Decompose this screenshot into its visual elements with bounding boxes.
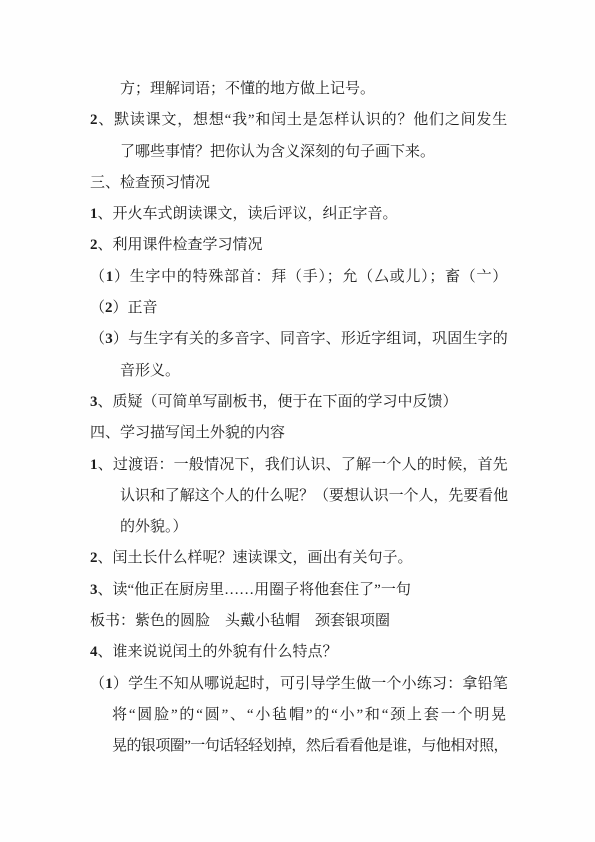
text-line-content: 方；理解词语；不懂的地方做上记号。 [120, 74, 375, 105]
text-line-content: 板书：紫色的圆脸 头戴小毡帽 颈套银项圈 [90, 606, 390, 637]
list-number: 4 [90, 644, 98, 660]
line-text: 、谁来说说闰土的外貌有什么特点？ [98, 644, 338, 660]
text-line: 1、过渡语：一般情况下，我们认识、了解一个人的时候，首先 [90, 450, 508, 481]
text-line: 3、读“他正在厨房里……用圈子将他套住了”一句 [90, 575, 508, 606]
list-number: 2 [90, 550, 98, 566]
list-number: 1 [105, 676, 113, 692]
list-number: 2 [90, 237, 98, 253]
list-number-paren: （ [90, 300, 105, 316]
text-line: 2、利用课件检查学习情况 [90, 230, 508, 261]
text-line-content: 认识和了解这个人的什么呢？（要想认识一个人，先要看他 [120, 481, 508, 512]
text-line-content: 1、过渡语：一般情况下，我们认识、了解一个人的时候，首先 [90, 450, 508, 481]
text-line: 将“圆脸”的“圆”、“小毡帽”的“小”和“颈上套一个明晃 [90, 700, 508, 731]
line-text: 、质疑（可简单写副板书，便于在下面的学习中反馈） [98, 394, 458, 410]
text-line: （1）学生不知从哪说起时，可引导学生做一个小练习：拿铅笔 [90, 669, 508, 700]
text-line: 3、质疑（可简单写副板书，便于在下面的学习中反馈） [90, 387, 508, 418]
line-text: ）与生字有关的多音字、同音字、形近字组词，巩固生字的 [113, 331, 508, 347]
text-line: （2）正音 [90, 293, 508, 324]
document-body: 方；理解词语；不懂的地方做上记号。2、默读课文，想想“我”和闰土是怎样认识的？他… [90, 74, 508, 763]
text-line-content: 三、检查预习情况 [90, 168, 210, 199]
text-line-content: 的外貌。） [120, 512, 188, 543]
text-line: （3）与生字有关的多音字、同音字、形近字组词，巩固生字的 [90, 324, 508, 355]
text-line: 音形义。 [90, 356, 508, 387]
line-text: ）正音 [113, 300, 158, 316]
text-line-content: 3、质疑（可简单写副板书，便于在下面的学习中反馈） [90, 387, 458, 418]
text-line-content: 4、谁来说说闰土的外貌有什么特点？ [90, 637, 338, 668]
text-line: 1、开火车式朗读课文，读后评议，纠正字音。 [90, 199, 508, 230]
list-number: 3 [90, 582, 98, 598]
text-line: 2、默读课文，想想“我”和闰土是怎样认识的？他们之间发生 [90, 105, 508, 136]
text-line: 方；理解词语；不懂的地方做上记号。 [90, 74, 508, 105]
text-line-content: （1）生字中的特殊部首：拜（手）；允（厶或儿）；畜（亠） [90, 262, 508, 293]
text-line-content: 音形义。 [120, 356, 180, 387]
list-number: 1 [106, 269, 114, 285]
text-line-content: 2、默读课文，想想“我”和闰土是怎样认识的？他们之间发生 [90, 105, 508, 136]
text-line-content: 2、闰土长什么样呢？速读课文，画出有关句子。 [90, 543, 413, 574]
text-line: 了哪些事情？把你认为含义深刻的句子画下来。 [90, 137, 508, 168]
text-line-content: 1、开火车式朗读课文，读后评议，纠正字音。 [90, 199, 398, 230]
text-line: 4、谁来说说闰土的外貌有什么特点？ [90, 637, 508, 668]
text-line-content: （3）与生字有关的多音字、同音字、形近字组词，巩固生字的 [90, 324, 508, 355]
list-number: 1 [90, 206, 98, 222]
text-line-content: （1）学生不知从哪说起时，可引导学生做一个小练习：拿铅笔 [90, 669, 508, 700]
text-line: （1）生字中的特殊部首：拜（手）；允（厶或儿）；畜（亠） [90, 262, 508, 293]
line-text: 、开火车式朗读课文，读后评议，纠正字音。 [98, 206, 398, 222]
list-number: 3 [90, 394, 98, 410]
list-number-paren: （ [90, 676, 105, 692]
text-line-content: 2、利用课件检查学习情况 [90, 230, 263, 261]
list-number: 1 [90, 457, 98, 473]
line-text: 、闰土长什么样呢？速读课文，画出有关句子。 [98, 550, 413, 566]
text-line: 四、学习描写闰土外貌的内容 [90, 418, 508, 449]
line-text: 、读“他正在厨房里……用圈子将他套住了”一句 [98, 582, 411, 598]
text-line-content: 晃的银项圈”一句话轻轻划掉，然后看看他是谁，与他相对照， [112, 731, 508, 762]
text-line: 三、检查预习情况 [90, 168, 508, 199]
text-line-content: 了哪些事情？把你认为含义深刻的句子画下来。 [120, 137, 435, 168]
text-line-content: 四、学习描写闰土外貌的内容 [90, 418, 285, 449]
text-line-content: 将“圆脸”的“圆”、“小毡帽”的“小”和“颈上套一个明晃 [112, 700, 508, 731]
text-line-content: 3、读“他正在厨房里……用圈子将他套住了”一句 [90, 575, 411, 606]
list-number-paren: （ [90, 331, 105, 347]
list-number: 3 [105, 331, 113, 347]
line-text: ）生字中的特殊部首：拜（手）；允（厶或儿）；畜（亠） [114, 269, 508, 285]
line-text: 、过渡语：一般情况下，我们认识、了解一个人的时候，首先 [98, 457, 508, 473]
text-line: 晃的银项圈”一句话轻轻划掉，然后看看他是谁，与他相对照， [90, 731, 508, 762]
text-line: 认识和了解这个人的什么呢？（要想认识一个人，先要看他 [90, 481, 508, 512]
document-page: 方；理解词语；不懂的地方做上记号。2、默读课文，想想“我”和闰土是怎样认识的？他… [0, 0, 595, 842]
text-line-content: （2）正音 [90, 293, 158, 324]
text-line: 2、闰土长什么样呢？速读课文，画出有关句子。 [90, 543, 508, 574]
text-line: 的外貌。） [90, 512, 508, 543]
list-number-paren: （ [90, 269, 106, 285]
line-text: ）学生不知从哪说起时，可引导学生做一个小练习：拿铅笔 [113, 676, 508, 692]
line-text: 、默读课文，想想“我”和闰土是怎样认识的？他们之间发生 [98, 112, 508, 128]
list-number: 2 [105, 300, 113, 316]
text-line: 板书：紫色的圆脸 头戴小毡帽 颈套银项圈 [90, 606, 508, 637]
line-text: 、利用课件检查学习情况 [98, 237, 263, 253]
